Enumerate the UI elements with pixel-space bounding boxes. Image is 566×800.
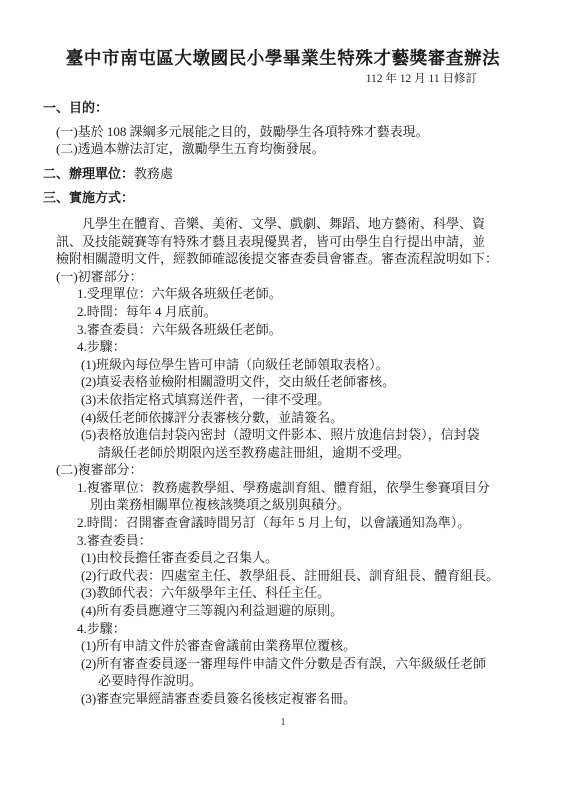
section2-heading: 二、辦理單位： [43,166,134,181]
part1-step4: (4)級任老師依據評分表審核分數，並請簽名。 [81,409,566,427]
section3-intro-line3: 檢附相關證明文件，經教師確認後提交審查委員會審查。審查流程說明如下： [56,250,566,268]
section2-row: 二、辦理單位：教務處 [43,165,566,183]
part1-step1: (1)班級內每位學生皆可申請（向級任老師領取表格）。 [81,356,566,374]
section2-value: 教務處 [134,166,173,181]
part1-item3: 3.審查委員：六年級各班級任老師。 [77,321,566,339]
part2-member3: (3)教師代表：六年級學年主任、科任主任。 [81,584,566,602]
section1-heading: 一、目的： [43,99,566,117]
section3-intro-line1: 凡學生在體育、音樂、美術、文學、戲劇、舞蹈、地方藝術、科學、資 [82,215,566,233]
part2-item1-line1: 1.複審單位：教務處教學組、學務處訓育組、體育組，依學生參賽項目分 [77,479,566,497]
section3-intro-line2: 訊、及技能競賽等有特殊才藝且表現優異者，皆可由學生自行提出申請，並 [56,233,566,251]
part1-item2: 2.時間：每年 4 月底前。 [77,303,566,321]
part2-step3: (3)審查完畢經請審查委員簽名後核定複審名冊。 [81,690,566,708]
part2-member1: (1)由校長擔任審查委員之召集人。 [81,549,566,567]
part2-item4: 4.步驟： [77,620,566,638]
part1-step5-line2: 請級任老師於期限內送至教務處註冊組，逾期不受理。 [98,444,566,462]
part1-step5-line1: (5)表格放進信封袋內密封（證明文件影本、照片放進信封袋），信封袋 [81,426,566,444]
part2-item2: 2.時間：召開審查會議時間另訂（每年 5 月上旬，以會議通知為準）。 [77,514,566,532]
part1-item4: 4.步驟： [77,338,566,356]
part2-step1: (1)所有申請文件於審查會議前由業務單位覆核。 [81,637,566,655]
document-page: 臺中市南屯區大墩國民小學畢業生特殊才藝獎審查辦法 112 年 12 月 11 日… [0,0,566,800]
section3-heading: 三、實施方式： [43,189,566,207]
part2-member2: (2)行政代表：四處室主任、教學組長、註冊組長、訓育組長、體育組長。 [81,567,566,585]
part2-item1-line2: 別由業務相關單位複核該獎項之級別與積分。 [90,496,566,514]
page-number: 1 [0,716,566,730]
part2-member4: (4)所有委員應遵守三等親內利益迴避的原則。 [81,602,566,620]
part1-step2: (2)填妥表格並檢附相關證明文件，交由級任老師審核。 [81,373,566,391]
section1-item2: (二)透過本辦法訂定，激勵學生五育均衡發展。 [56,140,566,158]
part2-label: (二)複審部分： [56,461,566,479]
part2-step2-line1: (2)所有審查委員逐一審理每件申請文件分數是否有誤，六年級級任老師 [81,655,566,673]
part2-item3: 3.審查委員： [77,532,566,550]
document-title: 臺中市南屯區大墩國民小學畢業生特殊才藝獎審查辦法 [0,0,566,70]
part1-label: (一)初審部分： [56,268,566,286]
revision-date: 112 年 12 月 11 日修訂 [0,72,566,87]
part1-item1: 1.受理單位：六年級各班級任老師。 [77,285,566,303]
document-body: 一、目的： (一)基於 108 課綱多元展能之目的，鼓勵學生各項特殊才藝表現。 … [0,99,566,708]
part1-step3: (3)未依指定格式填寫送件者，一律不受理。 [81,391,566,409]
section1-item1: (一)基於 108 課綱多元展能之目的，鼓勵學生各項特殊才藝表現。 [56,123,566,141]
part2-step2-line2: 必要時得作說明。 [98,672,566,690]
